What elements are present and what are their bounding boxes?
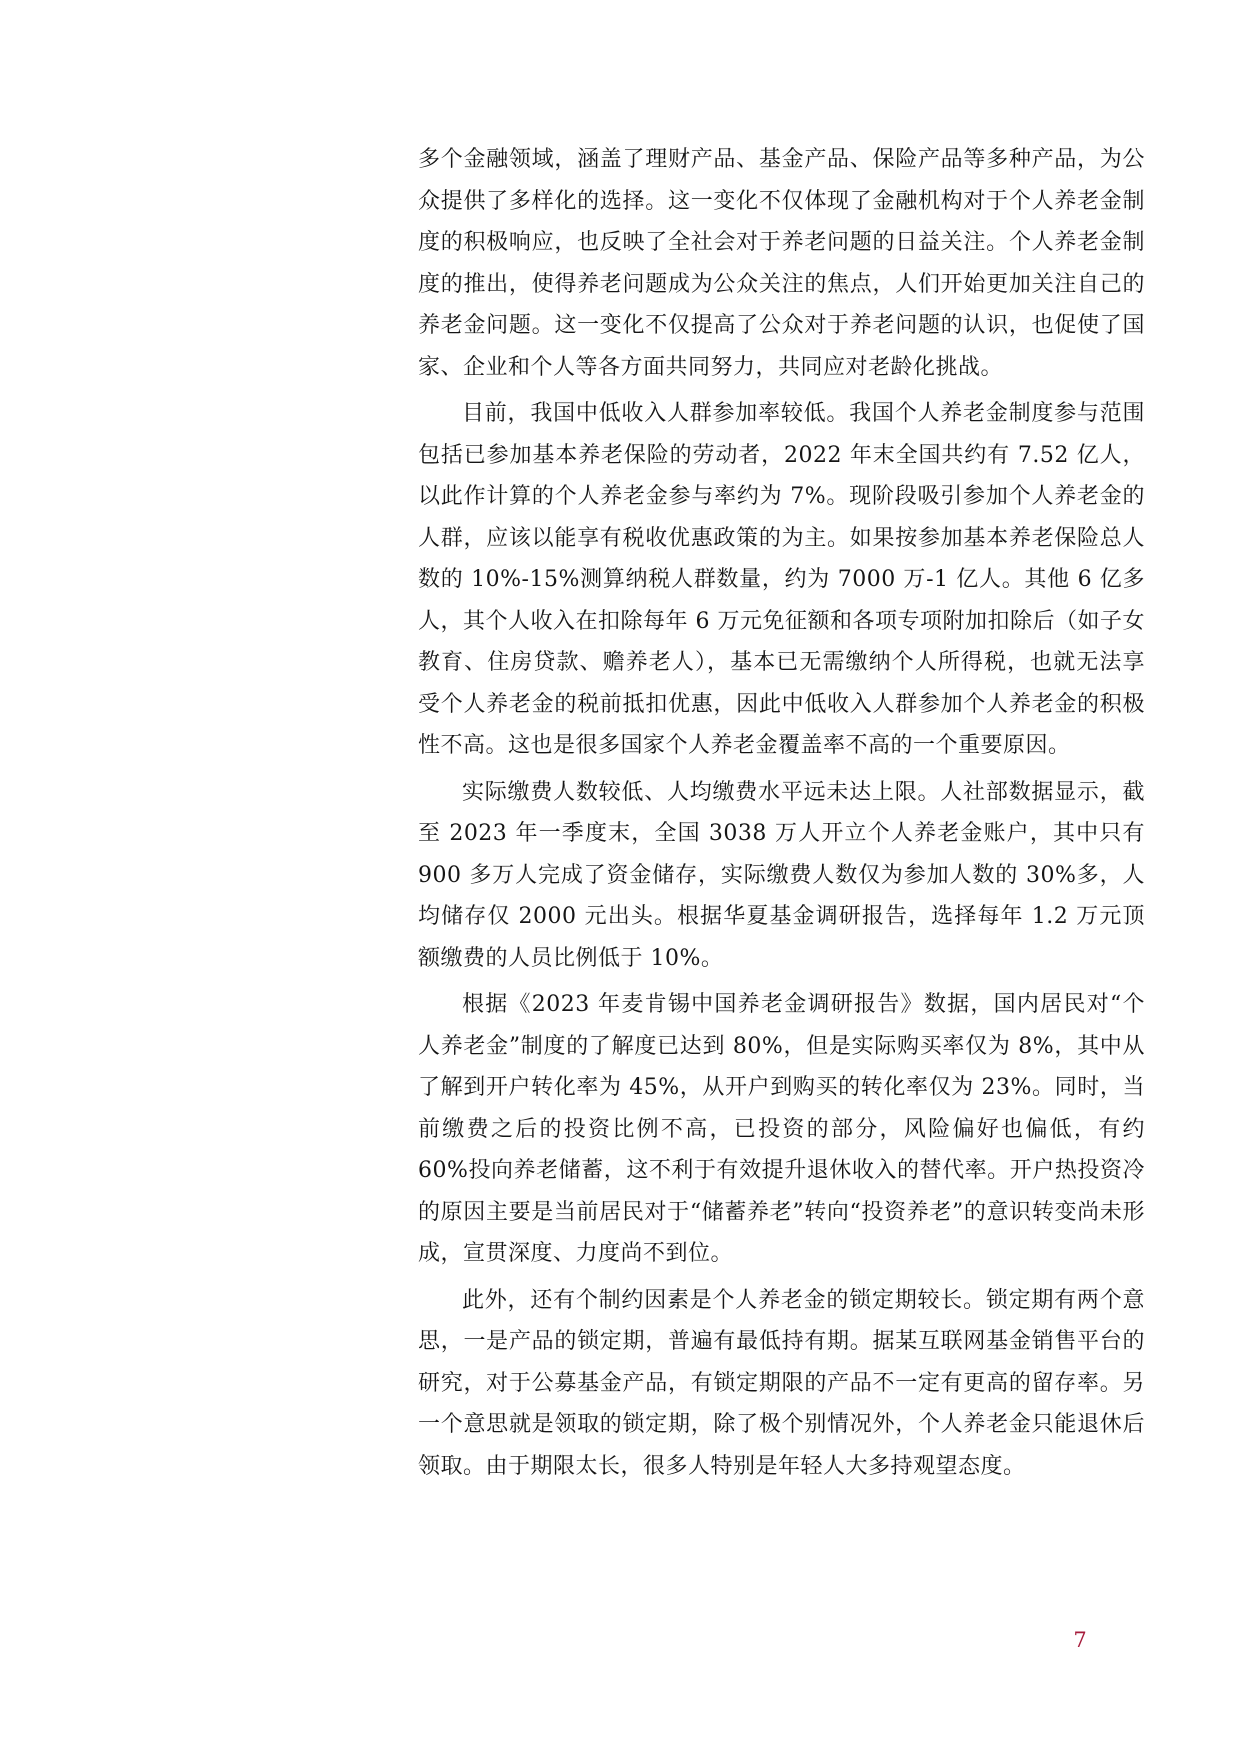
body-text: 多个金融领域，涵盖了理财产品、基金产品、保险产品等多种产品，为公众提供了多样化的… [418,139,1145,1492]
page-footer: 7 [1060,1628,1100,1652]
page-number: 7 [1073,1628,1086,1652]
paragraph-participation-rate: 目前，我国中低收入人群参加率较低。我国个人养老金制度参与范围包括已参加基本养老保… [418,393,1145,767]
paragraph-contribution-level: 实际缴费人数较低、人均缴费水平远未达上限。人社部数据显示，截至 2023 年一季… [418,772,1145,980]
paragraph-lockup-period: 此外，还有个制约因素是个人养老金的锁定期较长。锁定期有两个意思，一是产品的锁定期… [418,1280,1145,1488]
paragraph-continuation: 多个金融领域，涵盖了理财产品、基金产品、保险产品等多种产品，为公众提供了多样化的… [418,139,1145,388]
paragraph-mckinsey-survey: 根据《2023 年麦肯锡中国养老金调研报告》数据，国内居民对“个人养老金”制度的… [418,984,1145,1275]
document-page: 多个金融领域，涵盖了理财产品、基金产品、保险产品等多种产品，为公众提供了多样化的… [0,0,1240,1754]
